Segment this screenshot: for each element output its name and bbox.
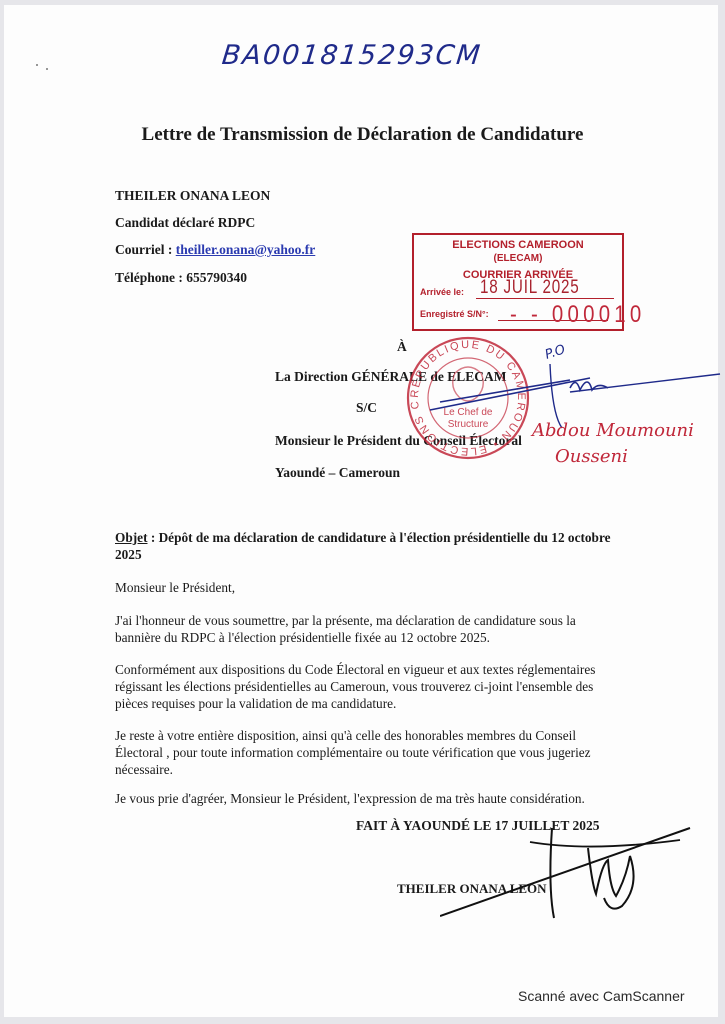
subject-line: Objet : Dépôt de ma déclaration de candi… (115, 529, 615, 563)
subject-label: Objet (115, 530, 148, 545)
sender-phone-line: Téléphone : 655790340 (115, 270, 247, 286)
camscanner-note: Scanné avec CamScanner (518, 988, 685, 1004)
stamp-register-label: Enregistré S/N°: (420, 309, 489, 319)
stamp-abbr: (ELECAM) (414, 253, 622, 264)
official-name-line-1: Abdou Moumouni (532, 420, 694, 441)
stamp-register-number: - - 000010 (510, 301, 645, 329)
salutation: Monsieur le Président, (115, 579, 615, 596)
subject-separator: : (148, 530, 159, 545)
sender-role: Candidat déclaré RDPC (115, 215, 255, 231)
sender-name: THEILER ONANA LEON (115, 188, 270, 204)
email-link[interactable]: theiller.onana@yahoo.fr (176, 242, 316, 257)
paragraph-3: Je reste à votre entière disposition, ai… (115, 727, 615, 778)
svg-text:Structure: Structure (448, 419, 489, 430)
stamp-org: ELECTIONS CAMEROON (414, 239, 622, 251)
recipient-line-4: Yaoundé – Cameroun (275, 465, 400, 481)
stamp-arrival-label: Arrivée le: (420, 287, 464, 297)
scan-speck (46, 68, 48, 70)
sender-email-line: Courriel : theiller.onana@yahoo.fr (115, 242, 315, 258)
recipient-line-2: S/C (356, 400, 377, 416)
handwritten-reference-number: BA001815293CM (220, 40, 483, 71)
email-label: Courriel : (115, 242, 176, 257)
paragraph-1: J'ai l'honneur de vous soumettre, par la… (115, 612, 615, 646)
phone-number: 655790340 (186, 270, 247, 285)
subject-text: Dépôt de ma déclaration de candidature à… (115, 530, 611, 562)
paragraph-4: Je vous prie d'agréer, Monsieur le Prési… (115, 790, 615, 807)
scanned-page (4, 5, 718, 1017)
official-name-line-2: Ousseni (555, 446, 628, 467)
paragraph-2: Conformément aux dispositions du Code Él… (115, 661, 615, 712)
stamp-arrival-date: 18 JUIL 2025 (480, 277, 579, 299)
official-seal: RÉPUBLIQUE DU CAMEROUN • ELECTIONS CAMER… (403, 333, 533, 463)
scan-speck (36, 64, 38, 66)
svg-text:Le Chef de: Le Chef de (444, 407, 493, 418)
document-title: Lettre de Transmission de Déclaration de… (0, 124, 725, 146)
phone-label: Téléphone : (115, 270, 186, 285)
place-and-date: FAIT À YAOUNDÉ LE 17 JUILLET 2025 (356, 818, 600, 834)
signatory-name: THEILER ONANA LEON (397, 881, 547, 897)
